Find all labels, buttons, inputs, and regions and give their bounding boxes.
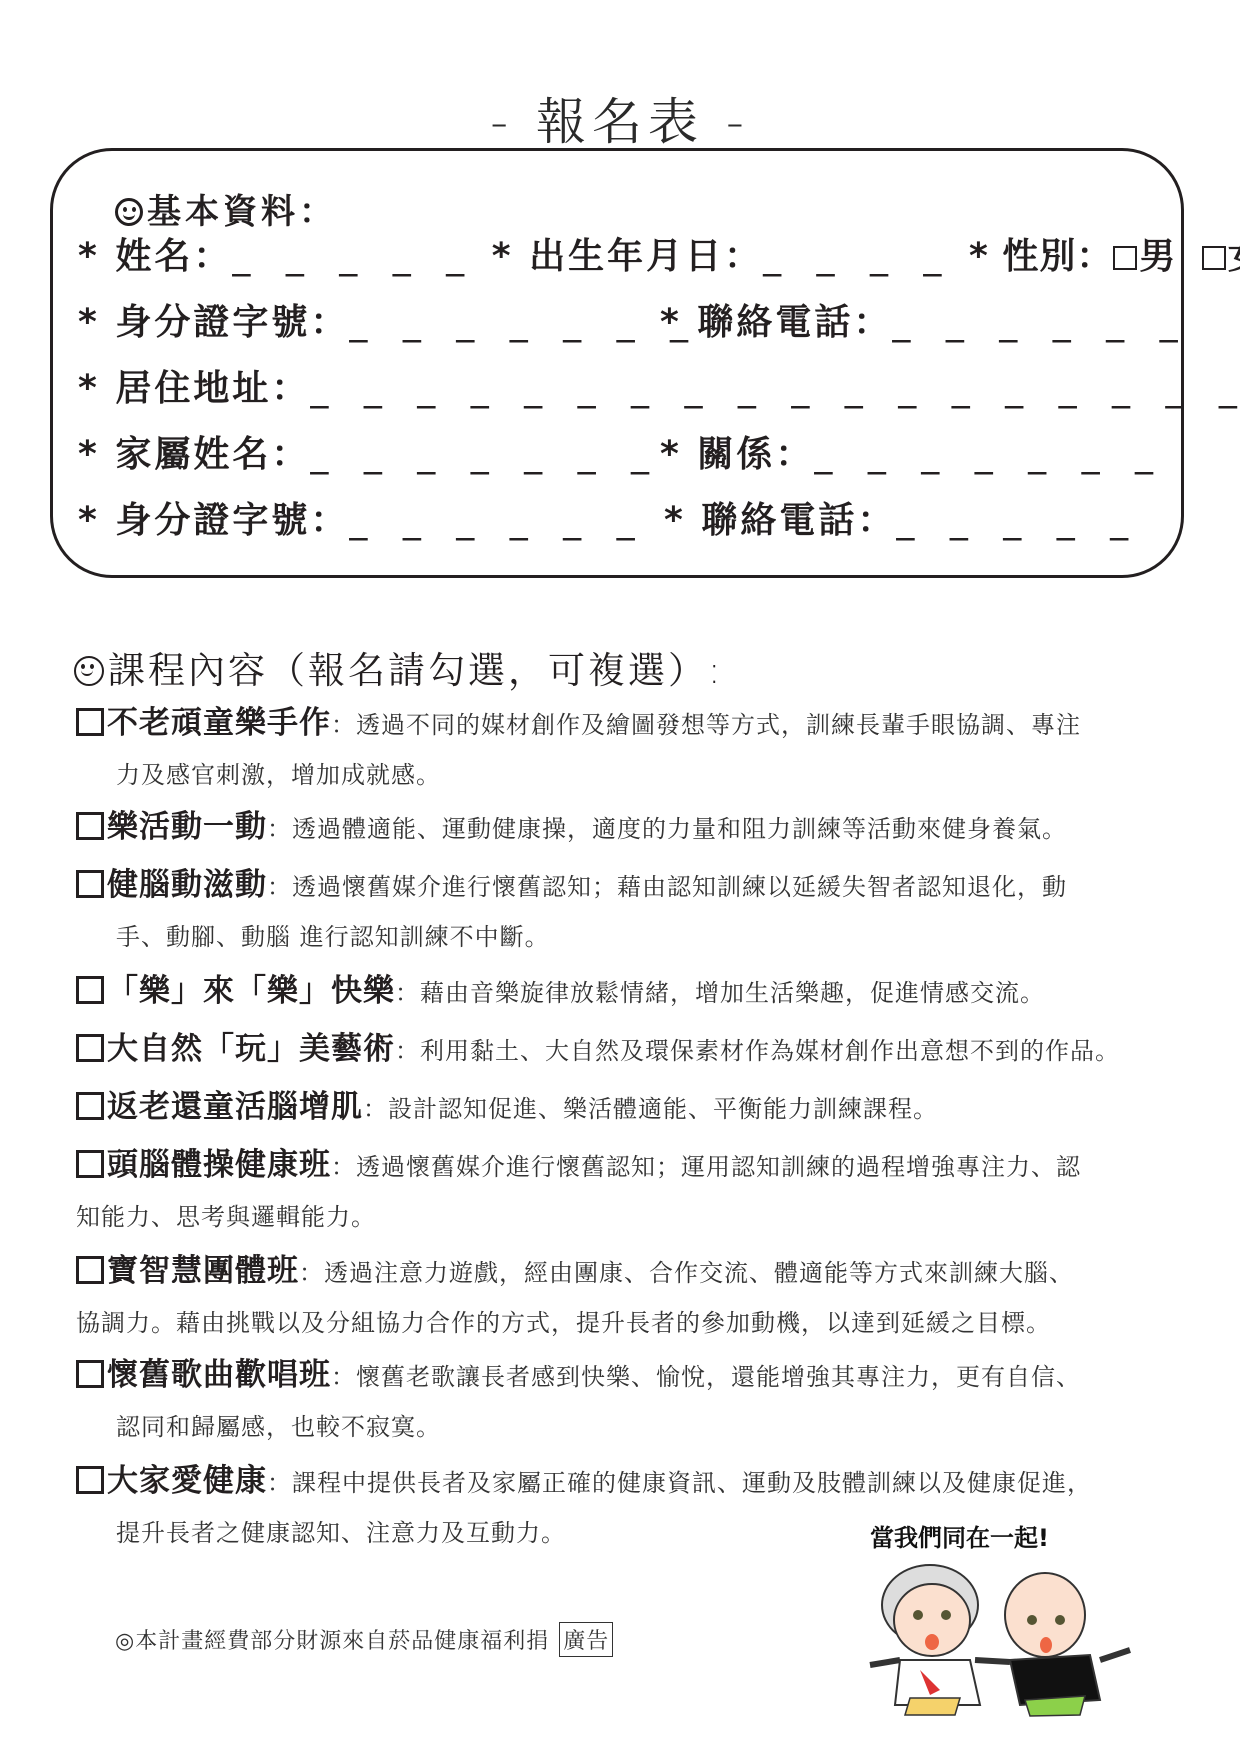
gender-male-checkbox[interactable] xyxy=(1113,246,1137,270)
course-desc: ：透過不同的媒材創作及繪圖發想等方式，訓練長輩手眼協調、專注 xyxy=(331,711,1081,739)
funding-note: ◎本計畫經費部分財源來自菸品健康福利捐廣告 xyxy=(115,1622,613,1657)
course-name: 頭腦體操健康班 xyxy=(107,1147,331,1183)
address-label: * 居住地址： xyxy=(78,368,310,409)
page-title: - 報名表 - xyxy=(0,82,1240,154)
address-field[interactable]: _ _ _ _ _ _ _ _ _ _ _ _ _ _ _ _ _ _ _ _ xyxy=(310,368,1240,409)
relation-field[interactable]: _ _ _ _ _ _ _ xyxy=(814,434,1165,475)
course-desc: ：設計認知促進、樂活體適能、平衡能力訓練課程。 xyxy=(363,1095,938,1123)
course-desc-continued: 協調力。藉由挑戰以及分組協力合作的方式，提升長者的參加動機，以達到延緩之目標。 xyxy=(76,1298,1176,1348)
course-item: 大自然「玩」美藝術：利用黏土、大自然及環保素材作為媒材創作出意想不到的作品。 xyxy=(76,1024,1176,1076)
course-checkbox[interactable] xyxy=(76,1360,104,1388)
row-id-phone: * 身分證字號：_ _ _ _ _ _ _ xyxy=(78,294,700,345)
basic-info-heading: 基本資料： xyxy=(115,184,337,233)
gender-label: * 性別： xyxy=(969,236,1113,277)
course-checkbox[interactable] xyxy=(76,812,104,840)
course-desc: ：透過懷舊媒介進行懷舊認知；藉由認知訓練以延緩失智者認知退化，動 xyxy=(267,873,1067,901)
course-checkbox[interactable] xyxy=(76,976,104,1004)
row-family-phone: * 聯絡電話：_ _ _ _ _ xyxy=(664,492,1140,543)
row-name-dob-gender: * 姓名：_ _ _ _ _ * 出生年月日：_ _ _ _ * 性別：男 女 xyxy=(78,228,1240,279)
row-relation: * 關係：_ _ _ _ _ _ _ xyxy=(660,426,1165,477)
course-checkbox[interactable] xyxy=(76,1150,104,1178)
course-desc-continued: 認同和歸屬感，也較不寂寞。 xyxy=(76,1402,1176,1452)
elderly-couple-icon: 當我們同在一起! xyxy=(860,1520,1140,1720)
course-name: 健腦動滋動 xyxy=(107,867,267,903)
course-desc: ：課程中提供長者及家屬正確的健康資訊、運動及肢體訓練以及健康促進， xyxy=(267,1469,1092,1497)
course-desc: ：利用黏土、大自然及環保素材作為媒材創作出意想不到的作品。 xyxy=(395,1037,1120,1065)
course-item: 頭腦體操健康班：透過懷舊媒介進行懷舊認知；運用認知訓練的過程增強專注力、認 知能… xyxy=(76,1140,1176,1242)
course-desc-continued: 知能力、思考與邏輯能力。 xyxy=(76,1192,1176,1242)
ad-label: 廣告 xyxy=(559,1622,613,1657)
course-name: 大自然「玩」美藝術 xyxy=(107,1031,395,1067)
course-item: 返老還童活腦增肌：設計認知促進、樂活體適能、平衡能力訓練課程。 xyxy=(76,1082,1176,1134)
course-name: 寶智慧團體班 xyxy=(107,1253,299,1289)
family-phone-label: * 聯絡電話： xyxy=(664,500,896,541)
relation-label: * 關係： xyxy=(660,434,814,475)
row-family-name: * 家屬姓名：_ _ _ _ _ _ _ xyxy=(78,426,661,477)
course-desc: ：懷舊老歌讓長者感到快樂、愉悅，還能增強其專注力，更有自信、 xyxy=(331,1363,1081,1391)
course-item: 樂活動一動：透過體適能、運動健康操，適度的力量和阻力訓練等活動來健身養氣。 xyxy=(76,802,1176,854)
funding-note-text: ◎本計畫經費部分財源來自菸品健康福利捐 xyxy=(115,1629,549,1654)
course-desc: ：透過體適能、運動健康操，適度的力量和阻力訓練等活動來健身養氣。 xyxy=(267,815,1067,843)
course-checkbox[interactable] xyxy=(76,1256,104,1284)
id-number-label: * 身分證字號： xyxy=(78,302,349,343)
course-name: 返老還童活腦增肌 xyxy=(107,1089,363,1125)
gender-female-checkbox[interactable] xyxy=(1202,246,1226,270)
course-checkbox[interactable] xyxy=(76,1092,104,1120)
course-item: 不老頑童樂手作：透過不同的媒材創作及繪圖發想等方式，訓練長輩手眼協調、專注 力及… xyxy=(76,698,1176,800)
course-name: 大家愛健康 xyxy=(107,1463,267,1499)
course-item: 「樂」來「樂」快樂：藉由音樂旋律放鬆情緒，增加生活樂趣，促進情感交流。 xyxy=(76,966,1176,1018)
course-desc-continued: 力及感官刺激，增加成就感。 xyxy=(76,750,1176,800)
course-checkbox[interactable] xyxy=(76,870,104,898)
row-phone: * 聯絡電話：_ _ _ _ _ _ xyxy=(660,294,1190,345)
family-name-field[interactable]: _ _ _ _ _ _ _ xyxy=(310,434,661,475)
family-name-label: * 家屬姓名： xyxy=(78,434,310,475)
course-desc-continued: 手、動腳、動腦 進行認知訓練不中斷。 xyxy=(76,912,1176,962)
gender-male-label: 男 xyxy=(1139,236,1178,277)
phone-field[interactable]: _ _ _ _ _ _ xyxy=(892,302,1189,343)
course-desc: ：藉由音樂旋律放鬆情緒，增加生活樂趣，促進情感交流。 xyxy=(395,979,1045,1007)
phone-label: * 聯絡電話： xyxy=(660,302,892,343)
smiley-icon xyxy=(115,198,143,226)
course-item: 懷舊歌曲歡唱班：懷舊老歌讓長者感到快樂、愉悅，還能增強其專注力，更有自信、 認同… xyxy=(76,1350,1176,1452)
course-desc: ：透過懷舊媒介進行懷舊認知；運用認知訓練的過程增強專注力、認 xyxy=(331,1153,1081,1181)
course-name: 樂活動一動 xyxy=(107,809,267,845)
family-phone-field[interactable]: _ _ _ _ _ xyxy=(896,500,1140,541)
cartoon-illustration: 當我們同在一起! xyxy=(860,1520,1140,1720)
dob-label: * 出生年月日： xyxy=(492,236,763,277)
row-address: * 居住地址：_ _ _ _ _ _ _ _ _ _ _ _ _ _ _ _ _… xyxy=(78,360,1240,411)
course-item: 寶智慧團體班：透過注意力遊戲，經由團康、合作交流、體適能等方式來訓練大腦、 協調… xyxy=(76,1246,1176,1348)
row-family-id: * 身分證字號：_ _ _ _ _ _ xyxy=(78,492,647,543)
courses-heading: 課程內容（報名請勾選，可複選）: xyxy=(74,640,723,694)
basic-info-heading-text: 基本資料： xyxy=(147,192,337,232)
course-name: 「樂」來「樂」快樂 xyxy=(107,973,395,1009)
name-field[interactable]: _ _ _ _ _ xyxy=(232,236,476,277)
course-name: 不老頑童樂手作 xyxy=(107,705,331,741)
id-number-field[interactable]: _ _ _ _ _ _ _ xyxy=(349,302,700,343)
name-label: * 姓名： xyxy=(78,236,232,277)
courses-heading-text: 課程內容（報名請勾選，可複選）: xyxy=(108,649,723,692)
course-checkbox[interactable] xyxy=(76,708,104,736)
course-item: 健腦動滋動：透過懷舊媒介進行懷舊認知；藉由認知訓練以延緩失智者認知退化，動 手、… xyxy=(76,860,1176,962)
course-name: 懷舊歌曲歡唱班 xyxy=(107,1357,331,1393)
course-desc: ：透過注意力遊戲，經由團康、合作交流、體適能等方式來訓練大腦、 xyxy=(299,1259,1074,1287)
svg-text:當我們同在一起!: 當我們同在一起! xyxy=(870,1524,1049,1552)
course-checkbox[interactable] xyxy=(76,1466,104,1494)
gender-female-label: 女 xyxy=(1228,236,1240,277)
family-id-number-field[interactable]: _ _ _ _ _ _ xyxy=(349,500,646,541)
family-id-number-label: * 身分證字號： xyxy=(78,500,349,541)
smiley-icon xyxy=(74,656,104,686)
course-checkbox[interactable] xyxy=(76,1034,104,1062)
dob-field[interactable]: _ _ _ _ xyxy=(763,236,953,277)
